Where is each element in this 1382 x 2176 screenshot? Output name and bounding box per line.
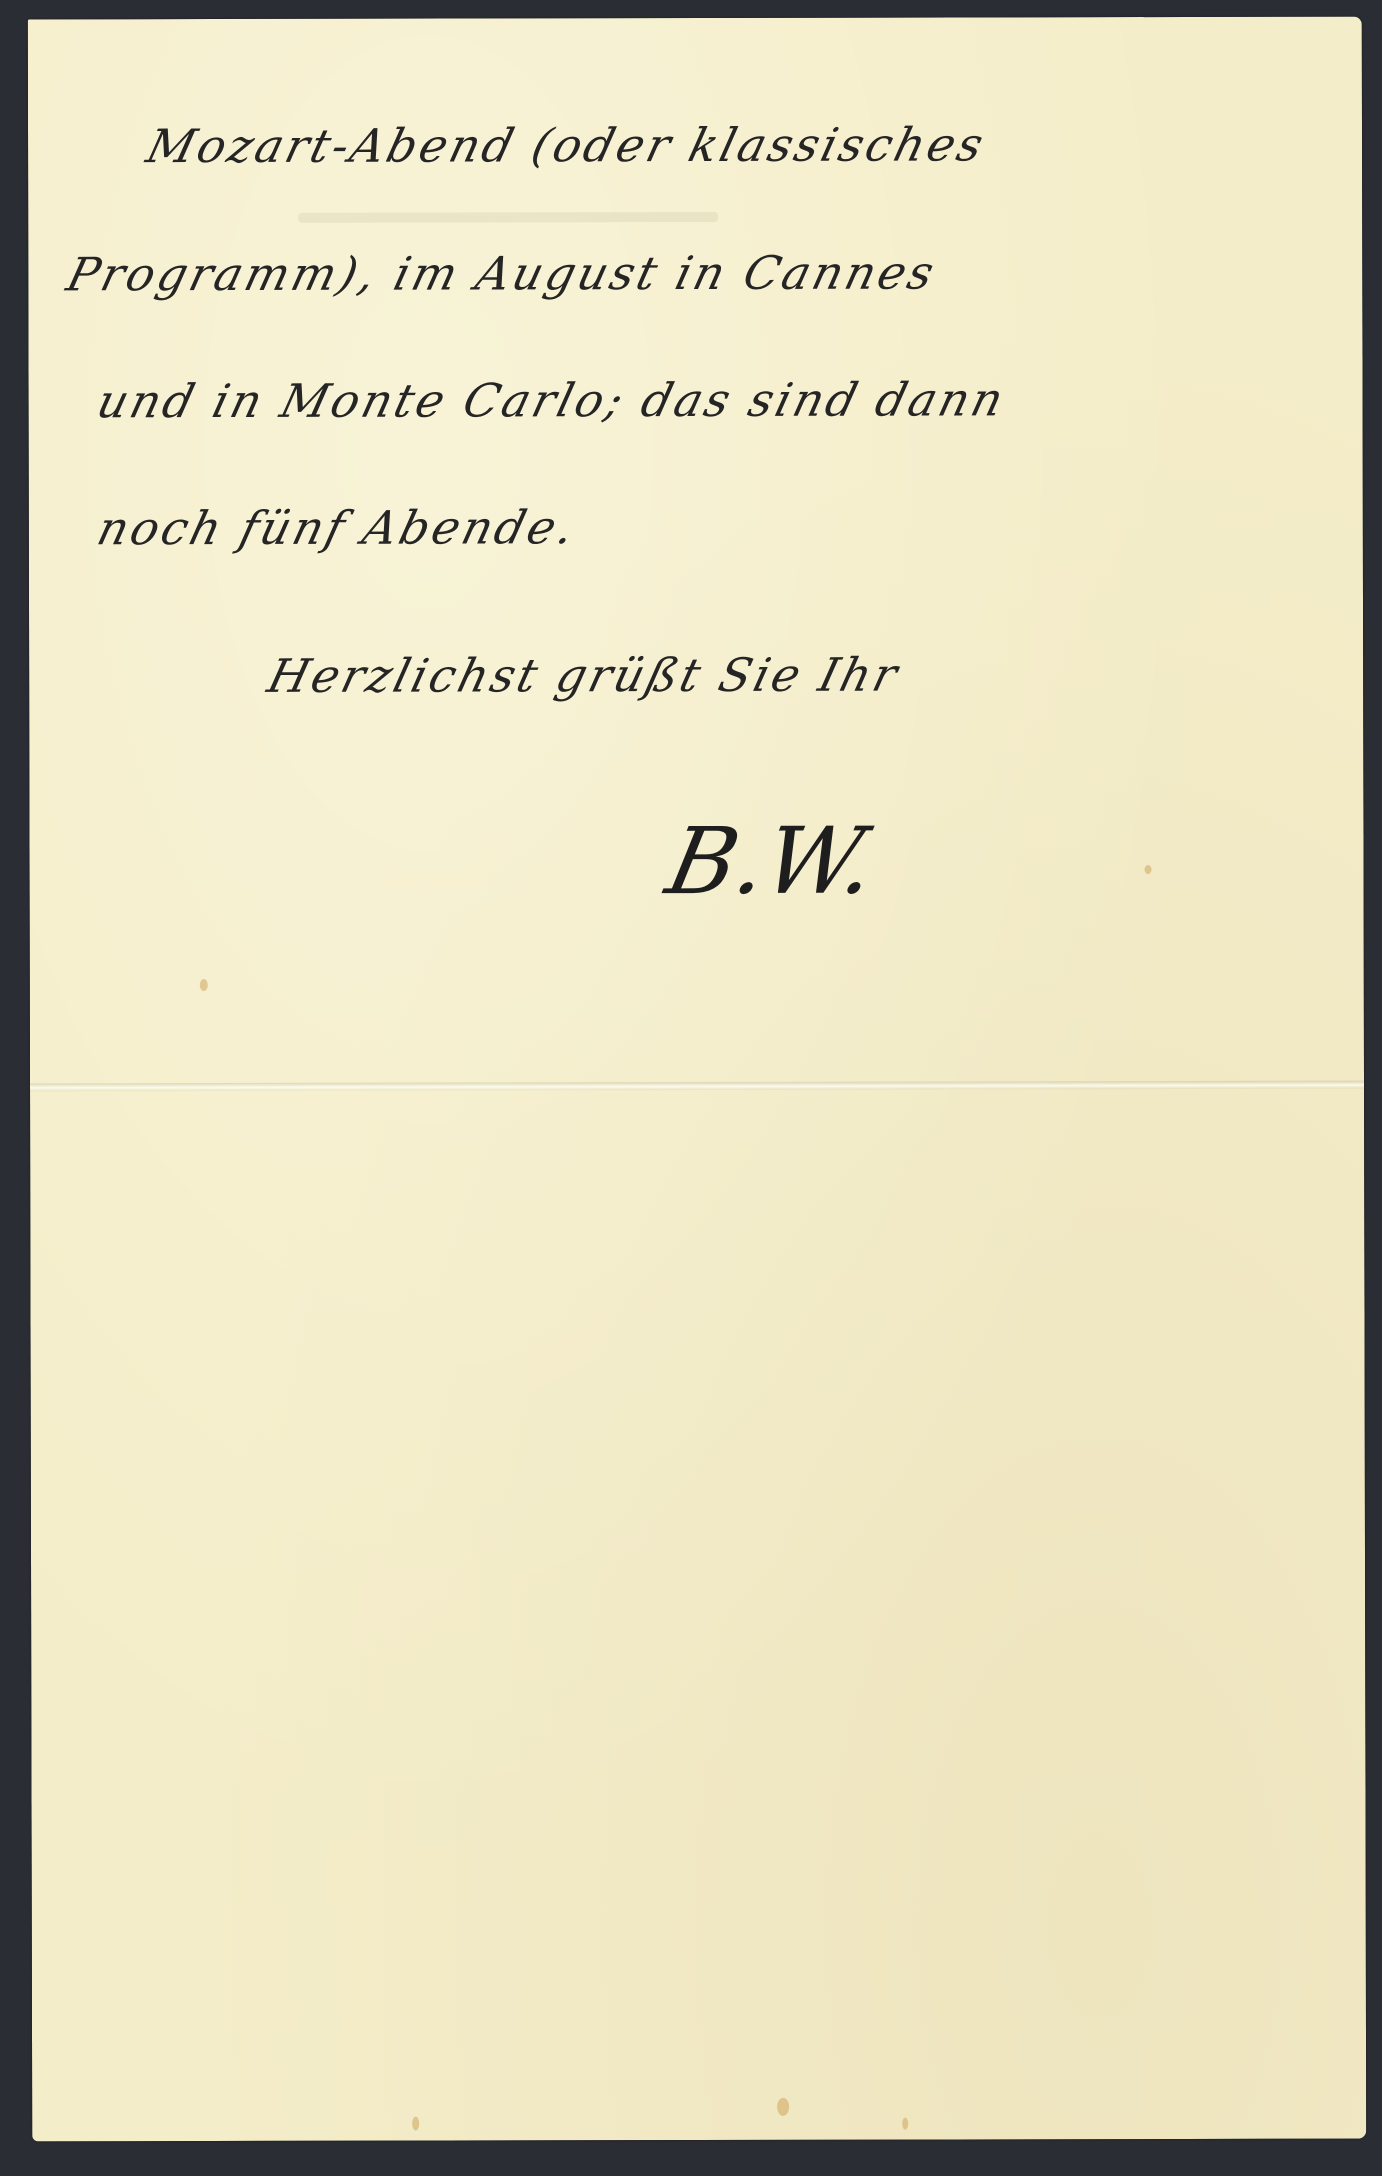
paper-stain — [200, 979, 208, 991]
paper-stain — [1145, 865, 1152, 874]
signature: B.W. — [658, 808, 885, 915]
letterhead-imprint-ghost — [298, 212, 718, 223]
letter-closing: Herzlichst grüßt Sie Ihr — [262, 648, 905, 703]
paper-stain — [902, 2118, 908, 2130]
paper-fold-crease — [30, 1081, 1364, 1092]
letter-body: Mozart-Abend (oder klassisches Programm)… — [28, 17, 1362, 20]
letter-line-2: Programm), im August in Cannes — [62, 245, 943, 301]
paper-stain — [777, 2098, 789, 2116]
letter-line-1: Mozart-Abend (oder klassisches — [141, 117, 991, 173]
letter-line-4: noch fünf Abende. — [92, 500, 582, 555]
paper-stain — [412, 2117, 419, 2131]
letter-line-3: und in Monte Carlo; das sind dann — [92, 372, 1012, 428]
letter-paper: Mozart-Abend (oder klassisches Programm)… — [28, 17, 1366, 2142]
